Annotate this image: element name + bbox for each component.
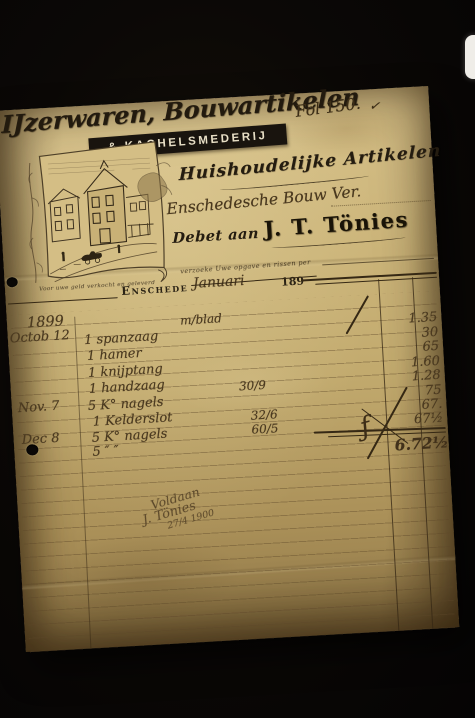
punch-hole (6, 277, 18, 288)
dateline-left-rule (8, 297, 118, 305)
row-note: m/blad (180, 311, 223, 327)
check-mark: ✓ (369, 99, 381, 115)
storefront-engraving (23, 135, 183, 295)
row-note: 60/5 (251, 421, 279, 437)
row-note: 30/9 (239, 378, 267, 394)
debet-aan-label: Debet aan (172, 225, 259, 247)
photo-background: IJzerwaren, Bouwartikelen & KACHELSMEDER… (0, 0, 475, 718)
row-item: 1 hamer (87, 346, 143, 364)
white-edge-object (465, 35, 475, 79)
ledger-total: 6.72½ (392, 432, 449, 454)
fine-print-line: verzoeke Uwe opgave en rissen per (180, 258, 311, 275)
row-date: Nov. 7 (18, 399, 60, 416)
invoice-paper: IJzerwaren, Bouwartikelen & KACHELSMEDER… (0, 86, 459, 652)
row-item: 5 ″ ″ (92, 443, 119, 459)
place-printed: Enschede (121, 280, 189, 298)
